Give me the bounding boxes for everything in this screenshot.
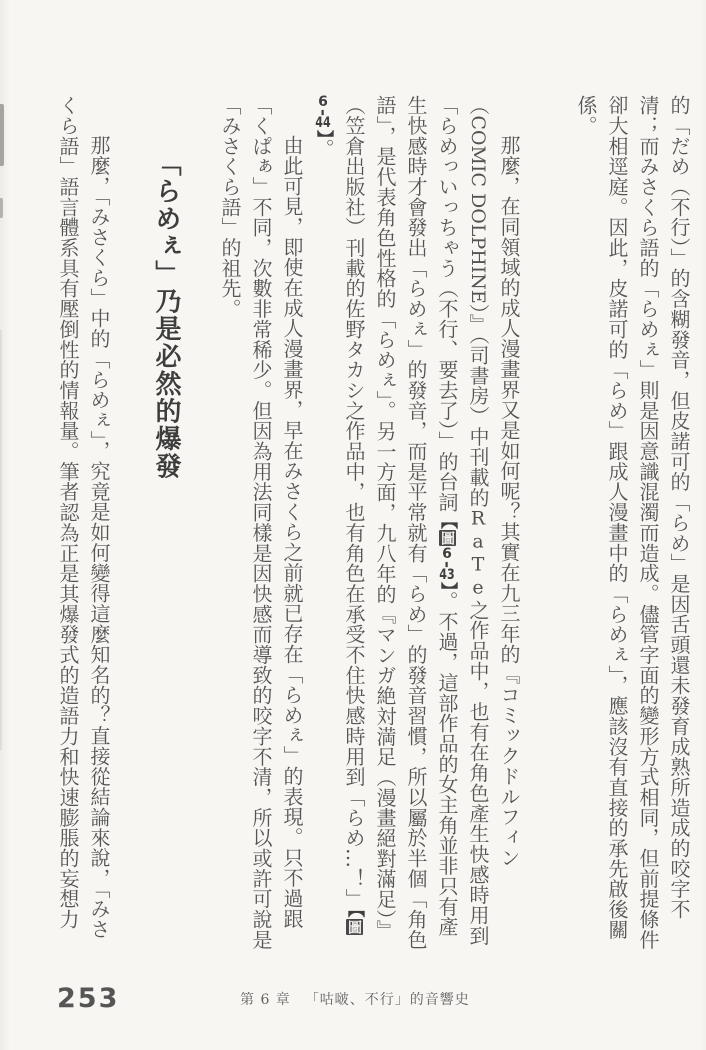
bracket: 【 — [344, 909, 364, 918]
figure-number: 43 — [439, 568, 455, 582]
scan-artifact — [0, 104, 4, 166]
figure-number: 6 — [439, 547, 455, 561]
text-run: 。 — [311, 139, 335, 159]
chapter-title: 「咕啵、不行」的音響史 — [305, 992, 470, 1008]
figure-box-icon: 圖 — [346, 919, 363, 935]
section-heading: 「らめぇ」乃是必然的爆發 — [144, 95, 188, 951]
running-footer: 第 6 章「咕啵、不行」的音響史 — [240, 989, 470, 1009]
figure-number: 6 — [315, 95, 331, 109]
figure-number: 44 — [315, 116, 331, 130]
figure-dash: - — [313, 109, 333, 116]
page-number: 253 — [57, 983, 119, 1014]
paragraph-conclusion-ancestor: 由此可見，即使在成人漫畫界，早在みさくら之前就已存在「らめぇ」的表現。只不過跟「… — [214, 95, 307, 951]
bracket: 】 — [437, 582, 457, 591]
bracket: 【 — [437, 512, 457, 529]
figure-box-icon: 圖 — [439, 530, 456, 546]
text-run: ）』（司書房）中刊載的 — [466, 304, 490, 508]
book-page: 的「だめ（不行）」的含糊發音，但皮諾可的「らめ」是因舌頭還未發育成熟所造成的咬字… — [0, 0, 706, 1050]
paragraph-continuation: 的「だめ（不行）」的含糊發音，但皮諾可的「らめ」是因舌頭還未發育成熟所造成的咬字… — [570, 95, 694, 951]
bracket: 】 — [313, 130, 333, 139]
scan-artifact — [0, 330, 2, 750]
paragraph-manga-examples: 那麼，在同領域的成人漫畫界又是如何呢？其實在九三年的『コミックドルフィン（COM… — [307, 95, 524, 951]
vertical-text-block: 的「だめ（不行）」的含糊發音，但皮諾可的「らめ」是因舌頭還未發育成熟所造成的咬字… — [52, 95, 694, 951]
chapter-label: 第 6 章 — [240, 992, 291, 1008]
figure-ref-6-43: 【圖6-43】 — [437, 512, 457, 591]
scan-artifact — [0, 198, 3, 218]
latin-title-run: COMIC DOLPHINE — [467, 115, 489, 303]
author-name-run: RaTe — [467, 508, 489, 600]
paragraph-section-intro: 那麼，「みさくら」中的「らめぇ」，究竟是如何變得這麼知名的？直接從結論來說，「み… — [52, 95, 114, 951]
